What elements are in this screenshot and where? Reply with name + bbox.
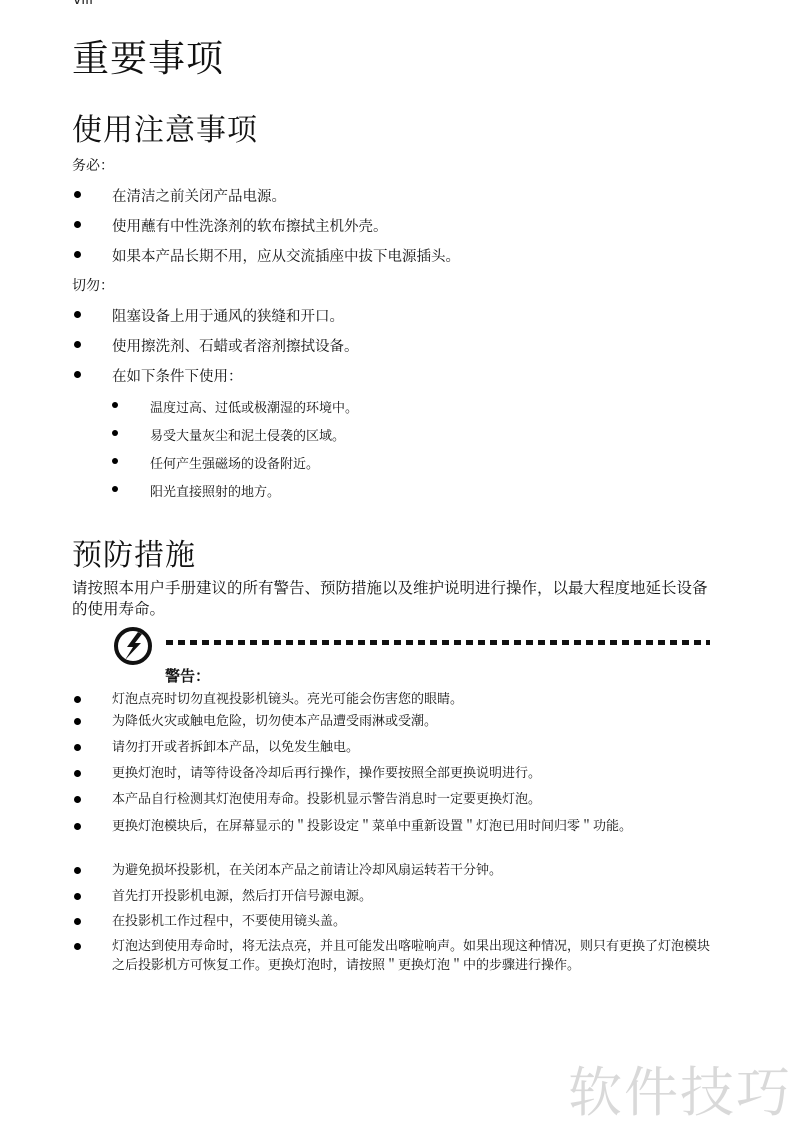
sub-list-item: 易受大量灰尘和泥土侵袭的区域。 <box>112 425 118 436</box>
bullet-icon <box>74 893 81 900</box>
bullet-icon <box>74 371 81 378</box>
bullet-icon <box>74 918 81 925</box>
bullet-icon <box>74 696 81 703</box>
list-item: 在如下条件下使用： <box>74 365 81 378</box>
bullet-icon <box>74 311 81 318</box>
bullet-icon <box>74 823 81 830</box>
bullet-icon <box>74 341 81 348</box>
sub-list-item: 任何产生强磁场的设备附近。 <box>112 453 118 464</box>
watermark: 软件技巧 <box>568 1050 792 1127</box>
list-item: 阻塞设备上用于通风的狭缝和开口。 <box>74 305 81 318</box>
bullet-icon <box>74 221 81 228</box>
page-title: 重要事项 <box>72 28 224 82</box>
precautions-intro: 请按照本用户手册建议的所有警告、预防措施以及维护说明进行操作，以最大程度地延长设… <box>72 578 722 620</box>
precautions-heading: 预防措施 <box>72 530 196 574</box>
bullet-icon <box>74 191 81 198</box>
usage-heading: 使用注意事项 <box>72 105 258 149</box>
sub-list-item: 温度过高、过低或极潮湿的环境中。 <box>112 397 118 408</box>
sub-list-item: 阳光直接照射的地方。 <box>112 481 118 492</box>
bullet-icon <box>74 718 81 725</box>
dashed-divider <box>166 640 710 645</box>
list-item: 使用蘸有中性洗涤剂的软布擦拭主机外壳。 <box>74 215 81 228</box>
bullet-icon <box>74 744 81 751</box>
warning-label: 警告： <box>165 665 210 686</box>
bullet-icon <box>112 486 118 492</box>
mustnot-label: 切勿： <box>72 275 114 295</box>
bullet-icon <box>112 402 118 408</box>
bullet-icon <box>112 430 118 436</box>
list-item: 如果本产品长期不用，应从交流插座中拔下电源插头。 <box>74 245 81 258</box>
bullet-icon <box>74 867 81 874</box>
list-item: 在清洁之前关闭产品电源。 <box>74 185 81 198</box>
must-label: 务必： <box>72 155 114 175</box>
lightning-warning-icon <box>113 626 153 666</box>
list-item: 使用擦洗剂、石蜡或者溶剂擦拭设备。 <box>74 335 81 348</box>
bullet-icon <box>74 251 81 258</box>
bullet-icon <box>112 458 118 464</box>
bullet-icon <box>74 943 81 950</box>
bullet-icon <box>74 770 81 777</box>
bullet-icon <box>74 796 81 803</box>
page-number: viii <box>73 0 93 8</box>
